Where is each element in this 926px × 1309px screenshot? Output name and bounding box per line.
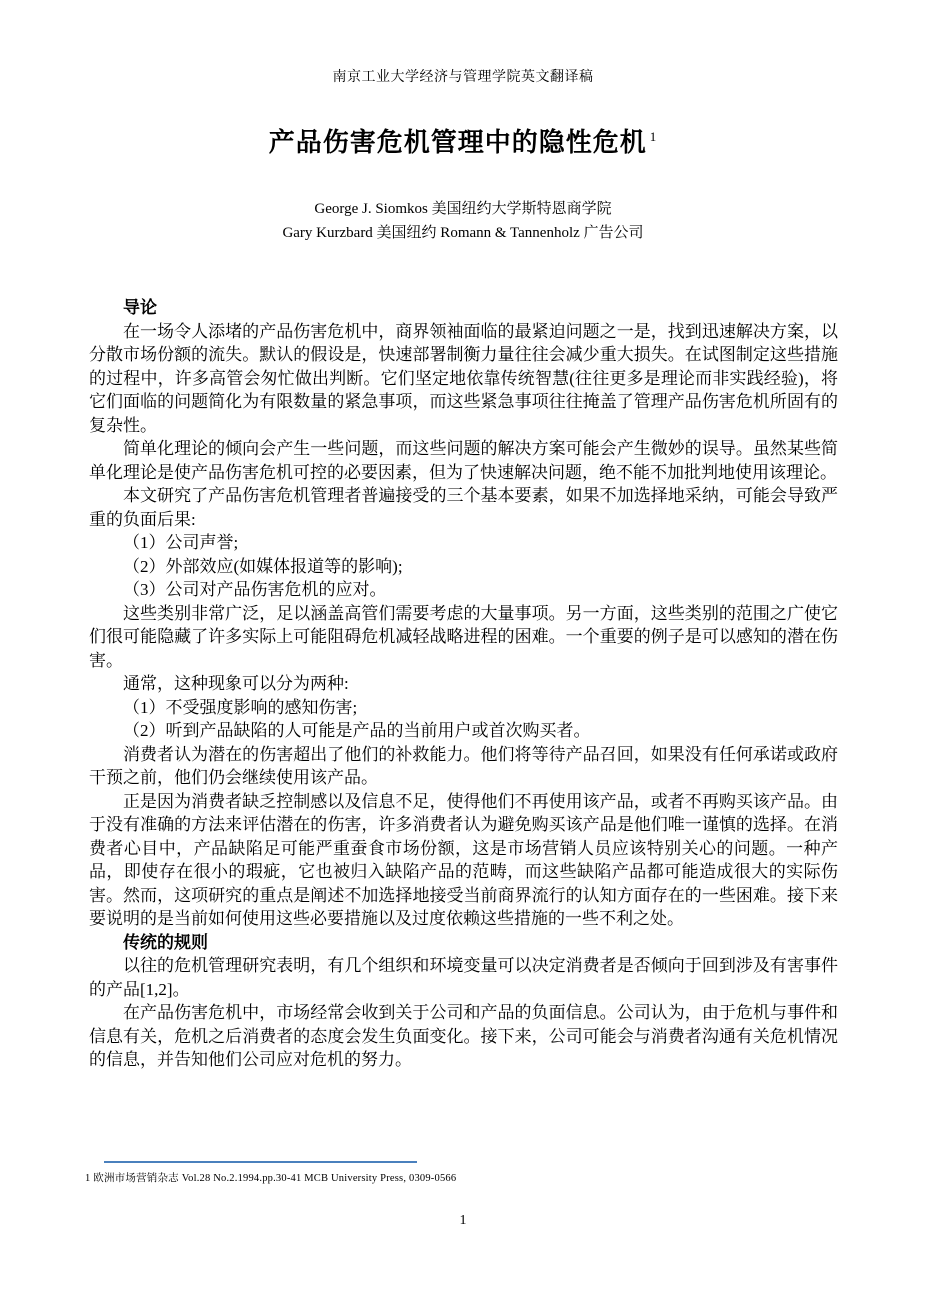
list-item: （3）公司对产品伤害危机的应对。 [89,578,838,602]
section-heading: 传统的规则 [89,931,838,955]
paragraph: 在产品伤害危机中，市场经常会收到关于公司和产品的负面信息。公司认为，由于危机与事… [89,1001,838,1072]
page-number: 1 [0,1213,926,1229]
paragraph: 通常，这种现象可以分为两种: [89,672,838,696]
author-line: Gary Kurzbard 美国纽约 Romann & Tannenholz 广… [0,221,926,245]
document-body: 导论在一场令人添堵的产品伤害危机中，商界领袖面临的最紧迫问题之一是，找到迅速解决… [89,296,838,1072]
author-block: George J. Siomkos 美国纽约大学斯特恩商学院Gary Kurzb… [0,197,926,245]
running-header: 南京工业大学经济与管理学院英文翻译稿 [0,66,926,86]
list-item: （1）不受强度影响的感知伤害; [89,696,838,720]
paragraph: 在一场令人添堵的产品伤害危机中，商界领袖面临的最紧迫问题之一是，找到迅速解决方案… [89,320,838,438]
document-title: 产品伤害危机管理中的隐性危机1 [0,122,926,159]
section-heading: 导论 [89,296,838,320]
title-text: 产品伤害危机管理中的隐性危机 [269,127,647,157]
list-item: （2）听到产品缺陷的人可能是产品的当前用户或首次购买者。 [89,719,838,743]
footnote-marker: 1 [85,1173,90,1184]
paragraph: 这些类别非常广泛，足以涵盖高管们需要考虑的大量事项。另一方面，这些类别的范围之广… [89,602,838,673]
paragraph: 本文研究了产品伤害危机管理者普遍接受的三个基本要素，如果不加选择地采纳，可能会导… [89,484,838,531]
document-page: 南京工业大学经济与管理学院英文翻译稿 产品伤害危机管理中的隐性危机1 Georg… [0,0,926,1309]
author-line: George J. Siomkos 美国纽约大学斯特恩商学院 [0,197,926,221]
title-footnote-ref: 1 [650,129,658,144]
paragraph: 正是因为消费者缺乏控制感以及信息不足，使得他们不再使用该产品，或者不再购买该产品… [89,790,838,931]
footnote: 1 欧洲市场营销杂志 Vol.28 No.2.1994.pp.30-41 MCB… [85,1170,825,1185]
list-item: （2）外部效应(如媒体报道等的影响); [89,555,838,579]
paragraph: 简单化理论的倾向会产生一些问题，而这些问题的解决方案可能会产生微妙的误导。虽然某… [89,437,838,484]
footnote-separator-rule [104,1161,417,1163]
paragraph: 消费者认为潜在的伤害超出了他们的补救能力。他们将等待产品召回，如果没有任何承诺或… [89,743,838,790]
list-item: （1）公司声誉; [89,531,838,555]
footnote-text: 欧洲市场营销杂志 Vol.28 No.2.1994.pp.30-41 MCB U… [93,1173,456,1184]
paragraph: 以往的危机管理研究表明，有几个组织和环境变量可以决定消费者是否倾向于回到涉及有害… [89,954,838,1001]
